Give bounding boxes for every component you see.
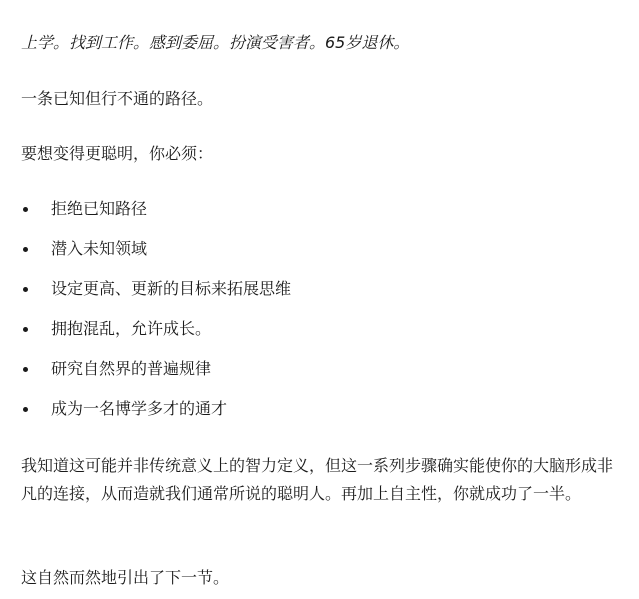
list-item-text: 设定更高、更新的目标来拓展思维 xyxy=(51,279,291,299)
list-item-text: 潜入未知领域 xyxy=(51,239,147,259)
steps-list: 拒绝已知路径 潜入未知领域 设定更高、更新的目标来拓展思维 拥抱混乱，允许成长。… xyxy=(21,199,291,439)
list-item: 研究自然界的普遍规律 xyxy=(21,359,291,399)
intro-italic-paragraph: 上学。找到工作。感到委屈。扮演受害者。65岁退休。 xyxy=(21,33,409,53)
list-item-text: 拒绝已知路径 xyxy=(51,199,147,219)
list-item: 拒绝已知路径 xyxy=(21,199,291,239)
list-item-text: 拥抱混乱，允许成长。 xyxy=(51,319,211,339)
list-item: 设定更高、更新的目标来拓展思维 xyxy=(21,279,291,319)
known-path-paragraph: 一条已知但行不通的路径。 xyxy=(21,89,213,109)
bullet-icon xyxy=(23,367,28,372)
list-item-text: 研究自然界的普遍规律 xyxy=(51,359,211,379)
bullet-icon xyxy=(23,407,28,412)
list-item: 拥抱混乱，允许成长。 xyxy=(21,319,291,359)
bullet-icon xyxy=(23,287,28,292)
lead-in-paragraph: 要想变得更聪明，你必须： xyxy=(21,144,213,164)
bullet-icon xyxy=(23,207,28,212)
list-item: 潜入未知领域 xyxy=(21,239,291,279)
bullet-icon xyxy=(23,247,28,252)
bullet-icon xyxy=(23,327,28,332)
list-item: 成为一名博学多才的通才 xyxy=(21,399,291,439)
transition-paragraph: 这自然而然地引出了下一节。 xyxy=(21,568,229,588)
conclusion-paragraph: 我知道这可能并非传统意义上的智力定义，但这一系列步骤确实能使你的大脑形成非凡的连… xyxy=(21,452,621,508)
list-item-text: 成为一名博学多才的通才 xyxy=(51,399,227,419)
